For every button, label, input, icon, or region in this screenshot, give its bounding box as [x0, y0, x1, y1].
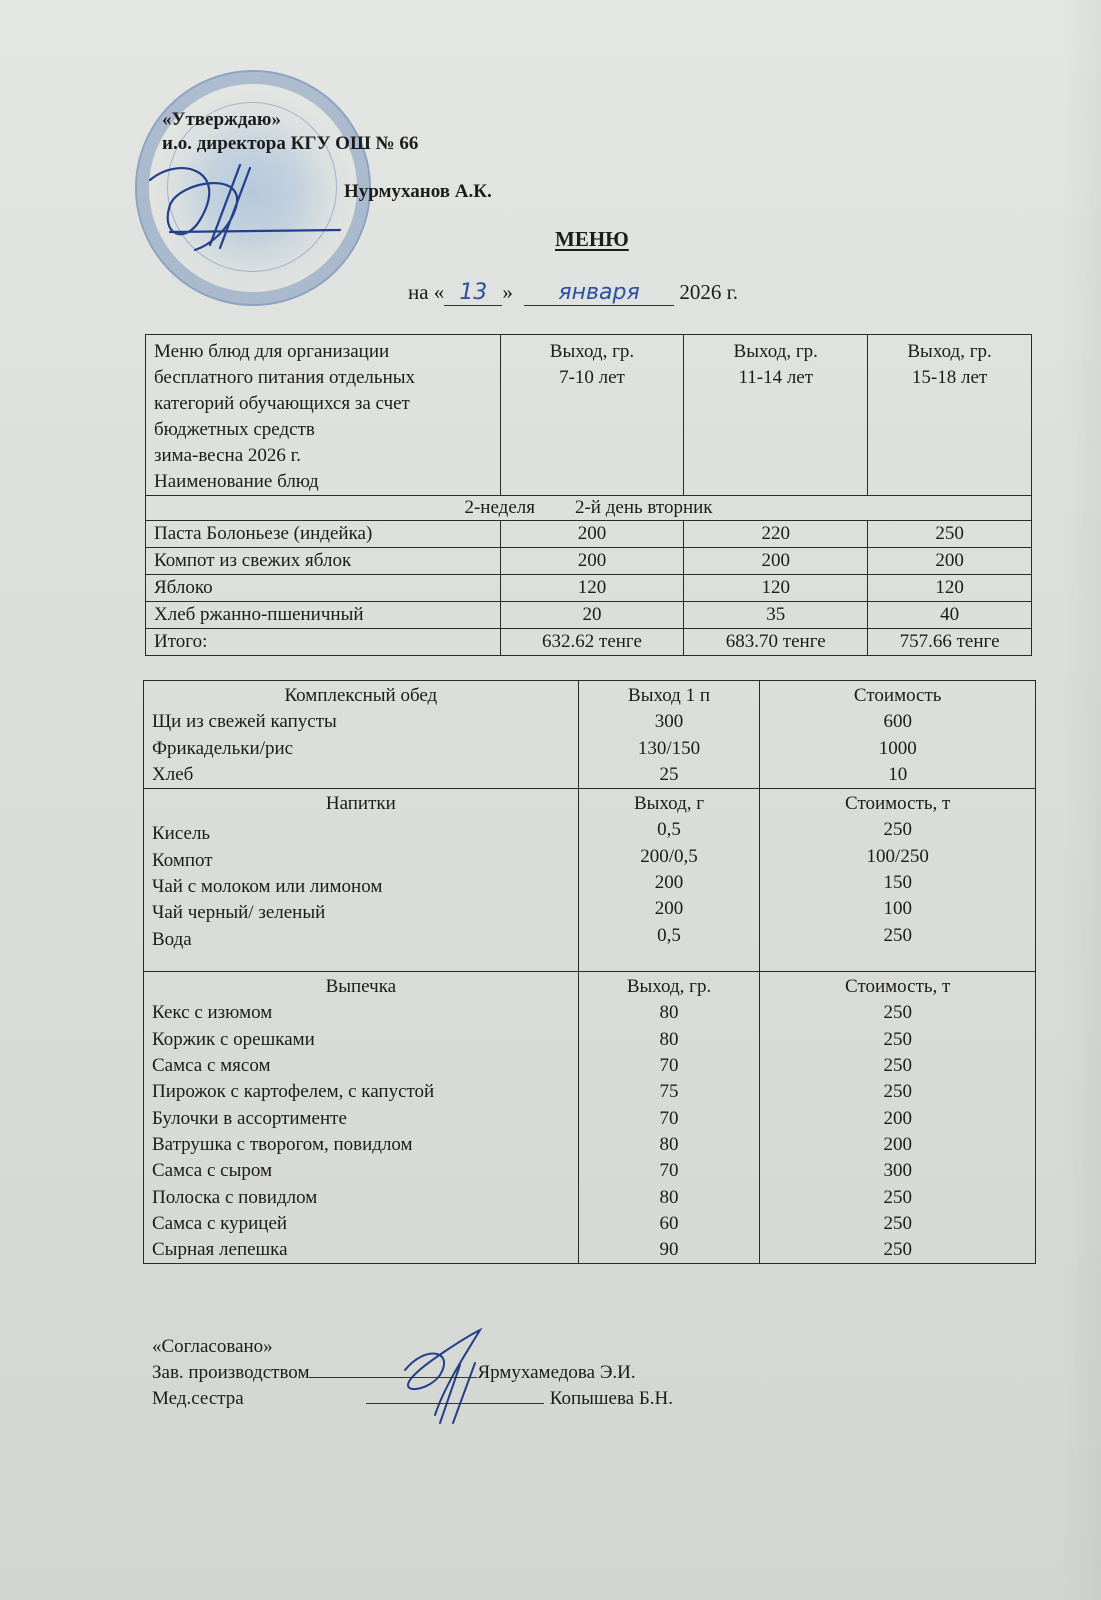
age-column-header-7-10: Выход, гр. 7-10 лет	[500, 335, 684, 496]
header-line: категорий обучающихся за счет	[154, 391, 492, 417]
date-prefix: на «	[408, 280, 444, 304]
signer-row: Мед.сестраКопышева Б.Н.	[152, 1385, 673, 1411]
drinks-yield-header: Выход, г	[587, 791, 752, 817]
director-signature	[140, 150, 360, 260]
menu-item-yield: 80	[587, 1132, 752, 1158]
table-row: Хлеб ржанно-пшеничный203540	[146, 602, 1032, 629]
menu-item-yield: 200/0,5	[587, 844, 752, 870]
header-line: Наименование блюд	[154, 469, 492, 495]
drinks-title: Напитки	[152, 791, 570, 817]
dish-value: 40	[868, 602, 1032, 629]
lunch-cost-list: 600100010	[768, 709, 1027, 788]
menu-item-name: Сырная лепешка	[152, 1237, 570, 1263]
lunch-yield-list: 300130/15025	[587, 709, 752, 788]
bakery-names: Выпечка Кекс с изюмомКоржик с орешкамиСа…	[144, 972, 579, 1264]
menu-item-yield: 25	[587, 762, 752, 788]
table-row: Яблоко120120120	[146, 575, 1032, 602]
agreed-label: «Согласовано»	[152, 1334, 673, 1359]
menu-item-name: Полоска с повидлом	[152, 1185, 570, 1211]
bakery-yield-list: 80807075708070806090	[587, 1000, 752, 1263]
menu-item-cost: 1000	[768, 736, 1027, 762]
dish-name: Паста Болоньезе (индейка)	[146, 521, 501, 548]
menu-item-yield: 70	[587, 1158, 752, 1184]
menu-item-cost: 250	[768, 1000, 1027, 1026]
menu-item-name: Самса с мясом	[152, 1053, 570, 1079]
drinks-cost-list: 250100/250150100250	[768, 817, 1027, 948]
total-label: Итого:	[146, 629, 501, 656]
menu-item-yield: 0,5	[587, 923, 752, 949]
date-suffix: 2026 г.	[674, 280, 738, 304]
menu-item-name: Фрикадельки/рис	[152, 736, 570, 762]
drinks-yields: Выход, г 0,5200/0,52002000,5	[578, 789, 760, 972]
day-label: 2-й день вторник	[575, 497, 713, 518]
menu-item-yield: 200	[587, 896, 752, 922]
bakery-yields: Выход, гр. 80807075708070806090	[578, 972, 760, 1264]
dish-value: 35	[684, 602, 868, 629]
dish-value: 200	[500, 521, 684, 548]
bakery-title: Выпечка	[152, 974, 570, 1000]
menu-item-name: Самса с курицей	[152, 1211, 570, 1237]
header-line: зима-весна 2026 г.	[154, 443, 492, 469]
name-column-header: Меню блюд для организации бесплатного пи…	[146, 335, 501, 496]
date-month: января	[524, 280, 674, 306]
table-row: Компот из свежих яблок200200200	[146, 548, 1032, 575]
signature-line	[309, 1359, 477, 1378]
menu-item-cost: 600	[768, 709, 1027, 735]
document-page: «Утверждаю» и.о. директора КГУ ОШ № 66 Н…	[0, 0, 1101, 1600]
menu-item-name: Кисель	[152, 821, 570, 847]
signer-name: Копышева Б.Н.	[550, 1388, 673, 1409]
menu-item-name: Щи из свежей капусты	[152, 709, 570, 735]
menu-item-name: Чай черный/ зеленый	[152, 900, 570, 926]
signature-line	[366, 1385, 544, 1404]
signer-role: Зав. производством	[152, 1362, 309, 1383]
age-col-range: 7-10 лет	[509, 365, 676, 391]
approval-position: и.о. директора КГУ ОШ № 66	[162, 132, 418, 156]
menu-item-name: Коржик с орешками	[152, 1027, 570, 1053]
complex-lunch-section: Комплексный обед Щи из свежей капустыФри…	[144, 681, 1036, 789]
dish-value: 683.70 тенге	[684, 629, 868, 656]
menu-item-yield: 70	[587, 1053, 752, 1079]
bakery-yield-header: Выход, гр.	[587, 974, 752, 1000]
menu-item-cost: 100/250	[768, 844, 1027, 870]
menu-item-name: Ватрушка с творогом, повидлом	[152, 1132, 570, 1158]
drinks-item-list: КисельКомпотЧай с молоком или лимономЧай…	[152, 821, 570, 952]
menu-item-name: Самса с сыром	[152, 1158, 570, 1184]
menu-item-cost: 250	[768, 1053, 1027, 1079]
age-col-label: Выход, гр.	[692, 339, 859, 365]
date-mid: »	[502, 280, 518, 304]
drinks-names: Напитки КисельКомпотЧай с молоком или ли…	[144, 789, 579, 972]
menu-item-cost: 250	[768, 817, 1027, 843]
menu-item-yield: 0,5	[587, 817, 752, 843]
menu-item-cost: 250	[768, 1237, 1027, 1263]
dish-value: 20	[500, 602, 684, 629]
menu-item-yield: 200	[587, 870, 752, 896]
dish-value: 120	[868, 575, 1032, 602]
free-meals-rows: Паста Болоньезе (индейка)200220250Компот…	[146, 521, 1032, 656]
lunch-names: Комплексный обед Щи из свежей капустыФри…	[144, 681, 579, 789]
table-header-row: Меню блюд для организации бесплатного пи…	[146, 335, 1032, 496]
dish-value: 200	[684, 548, 868, 575]
lunch-costs: Стоимость 600100010	[760, 681, 1036, 789]
dish-value: 200	[500, 548, 684, 575]
approval-label: «Утверждаю»	[162, 108, 418, 132]
title-wrap: МЕНЮ	[555, 227, 629, 252]
bakery-cost-list: 250250250250200200300250250250	[768, 1000, 1027, 1263]
total-row: Итого:632.62 тенге683.70 тенге757.66 тен…	[146, 629, 1032, 656]
menu-item-yield: 300	[587, 709, 752, 735]
menu-item-yield: 70	[587, 1106, 752, 1132]
week-label: 2-неделя	[464, 497, 535, 518]
dish-name: Яблоко	[146, 575, 501, 602]
menu-item-cost: 200	[768, 1106, 1027, 1132]
lunch-item-list: Щи из свежей капустыФрикадельки/рисХлеб	[152, 709, 570, 788]
dish-name: Хлеб ржанно-пшеничный	[146, 602, 501, 629]
menu-item-cost: 250	[768, 1079, 1027, 1105]
signer-row: Зав. производствомЯрмухамедова Э.И.	[152, 1359, 673, 1385]
dish-value: 120	[684, 575, 868, 602]
paid-menu-table: Комплексный обед Щи из свежей капустыФри…	[143, 680, 1036, 1264]
menu-item-cost: 200	[768, 1132, 1027, 1158]
bakery-section: Выпечка Кекс с изюмомКоржик с орешкамиСа…	[144, 972, 1036, 1264]
dish-value: 632.62 тенге	[500, 629, 684, 656]
table-row: Паста Болоньезе (индейка)200220250	[146, 521, 1032, 548]
header-line: бюджетных средств	[154, 417, 492, 443]
signer-role: Мед.сестра	[152, 1388, 244, 1409]
menu-date: на «13» января 2026 г.	[408, 280, 738, 306]
age-col-label: Выход, гр.	[509, 339, 676, 365]
header-line: бесплатного питания отдельных	[154, 365, 492, 391]
menu-item-yield: 80	[587, 1027, 752, 1053]
dish-value: 757.66 тенге	[868, 629, 1032, 656]
menu-item-yield: 75	[587, 1079, 752, 1105]
dish-value: 250	[868, 521, 1032, 548]
approval-name: Нурмуханов А.К.	[344, 180, 492, 204]
menu-item-yield: 60	[587, 1211, 752, 1237]
lunch-yields: Выход 1 п 300130/15025	[578, 681, 760, 789]
page-shadow	[1061, 0, 1101, 1600]
drinks-yield-list: 0,5200/0,52002000,5	[587, 817, 752, 948]
approval-block: «Утверждаю» и.о. директора КГУ ОШ № 66 Н…	[162, 108, 418, 156]
bakery-cost-header: Стоимость, т	[768, 974, 1027, 1000]
signer-name: Ярмухамедова Э.И.	[477, 1362, 635, 1383]
menu-item-cost: 100	[768, 896, 1027, 922]
bakery-costs: Стоимость, т 250250250250200200300250250…	[760, 972, 1036, 1264]
menu-item-name: Вода	[152, 927, 570, 953]
menu-item-yield: 90	[587, 1237, 752, 1263]
drinks-cost-header: Стоимость, т	[768, 791, 1027, 817]
age-col-range: 11-14 лет	[692, 365, 859, 391]
drinks-section: Напитки КисельКомпотЧай с молоком или ли…	[144, 789, 1036, 972]
date-day: 13	[444, 280, 502, 306]
menu-item-cost: 250	[768, 1211, 1027, 1237]
page-title: МЕНЮ	[555, 227, 629, 252]
week-day-row: 2-неделя2-й день вторник	[146, 496, 1032, 521]
menu-item-cost: 150	[768, 870, 1027, 896]
agreed-block: «Согласовано» Зав. производствомЯрмухаме…	[152, 1334, 673, 1411]
week-day-cell: 2-неделя2-й день вторник	[146, 496, 1032, 521]
menu-item-name: Хлеб	[152, 762, 570, 788]
dish-value: 200	[868, 548, 1032, 575]
lunch-yield-header: Выход 1 п	[587, 683, 752, 709]
age-column-header-11-14: Выход, гр. 11-14 лет	[684, 335, 868, 496]
bakery-item-list: Кекс с изюмомКоржик с орешкамиСамса с мя…	[152, 1000, 570, 1263]
menu-item-name: Компот	[152, 848, 570, 874]
menu-item-name: Пирожок с картофелем, с капустой	[152, 1079, 570, 1105]
menu-item-cost: 250	[768, 1027, 1027, 1053]
menu-item-yield: 80	[587, 1185, 752, 1211]
menu-item-cost: 300	[768, 1158, 1027, 1184]
menu-item-yield: 130/150	[587, 736, 752, 762]
menu-item-name: Булочки в ассортименте	[152, 1106, 570, 1132]
menu-item-cost: 250	[768, 1185, 1027, 1211]
menu-item-name: Кекс с изюмом	[152, 1000, 570, 1026]
age-column-header-15-18: Выход, гр. 15-18 лет	[868, 335, 1032, 496]
drinks-costs: Стоимость, т 250100/250150100250	[760, 789, 1036, 972]
dish-value: 220	[684, 521, 868, 548]
header-line: Меню блюд для организации	[154, 339, 492, 365]
dish-name: Компот из свежих яблок	[146, 548, 501, 575]
free-meals-table: Меню блюд для организации бесплатного пи…	[145, 334, 1032, 656]
age-col-label: Выход, гр.	[876, 339, 1023, 365]
menu-item-yield: 80	[587, 1000, 752, 1026]
menu-item-name: Чай с молоком или лимоном	[152, 874, 570, 900]
dish-value: 120	[500, 575, 684, 602]
menu-item-cost: 250	[768, 923, 1027, 949]
lunch-title: Комплексный обед	[152, 683, 570, 709]
age-col-range: 15-18 лет	[876, 365, 1023, 391]
lunch-cost-header: Стоимость	[768, 683, 1027, 709]
menu-item-cost: 10	[768, 762, 1027, 788]
